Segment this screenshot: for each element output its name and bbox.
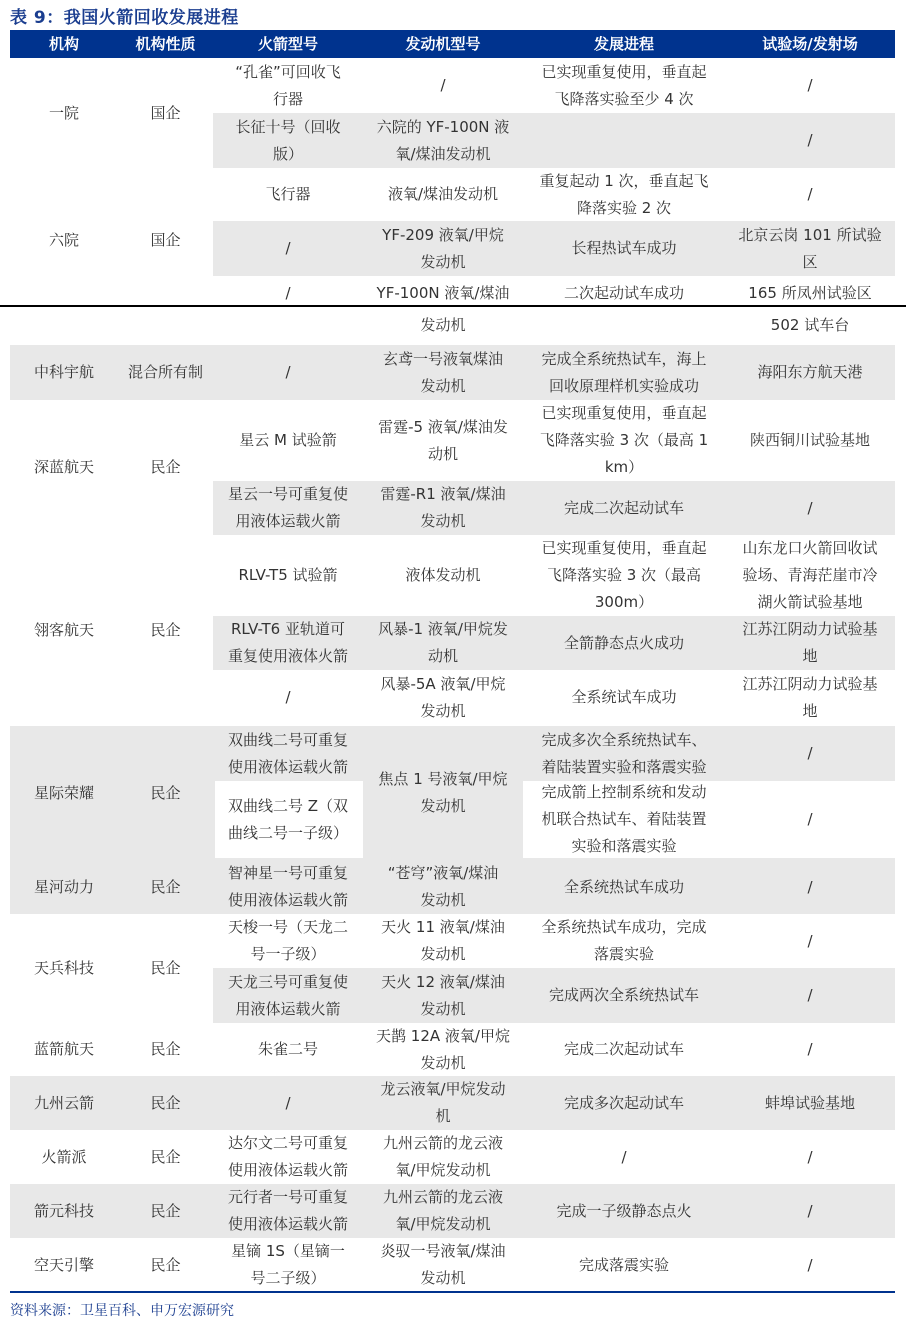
site-cell: / xyxy=(725,781,895,858)
site-cell: 江苏江阴动力试验基地 xyxy=(725,616,895,670)
progress-cell: 完成二次起动试车 xyxy=(523,1023,725,1076)
org-cell: 火箭派 xyxy=(10,1130,118,1184)
engine-cell: 风暴-1 液氧/甲烷发动机 xyxy=(363,616,523,670)
site-cell: / xyxy=(725,58,895,113)
org-cell: 星际荣耀 xyxy=(10,726,118,860)
org-cell: 星河动力 xyxy=(10,860,118,914)
progress-cell: 已实现重复使用，垂直起飞降落实验 3 次（最高300m） xyxy=(523,535,725,616)
rocket-cell: / xyxy=(213,280,363,307)
nature-cell: 民企 xyxy=(118,914,213,1023)
progress-cell: 完成多次全系统热试车、着陆装置实验和落震实验 xyxy=(523,726,725,781)
source-note: 资料来源：卫星百科、申万宏源研究 xyxy=(10,1300,234,1320)
progress-cell: 完成二次起动试车 xyxy=(523,481,725,535)
engine-cell: 风暴-5A 液氧/甲烷发动机 xyxy=(363,670,523,725)
site-cell: / xyxy=(725,481,895,535)
engine-cell: / xyxy=(363,58,523,113)
org-cell: 一院 xyxy=(10,58,118,168)
engine-cell: 九州云箭的龙云液氧/甲烷发动机 xyxy=(363,1130,523,1184)
progress-cell: 完成箭上控制系统和发动机联合热试车、着陆装置实验和落震实验 xyxy=(523,781,725,858)
progress-cell: 长程热试车成功 xyxy=(523,221,725,276)
rocket-cell: / xyxy=(213,221,363,276)
nature-cell: 混合所有制 xyxy=(118,345,213,400)
rocket-cell: 达尔文二号可重复使用液体运载火箭 xyxy=(213,1130,363,1184)
nature-cell: 民企 xyxy=(118,400,213,535)
engine-cell: YF-209 液氧/甲烷发动机 xyxy=(363,221,523,276)
rocket-cell: RLV-T6 亚轨道可重复使用液体火箭 xyxy=(213,616,363,670)
site-cell: 蚌埠试验基地 xyxy=(725,1076,895,1130)
engine-cell: 炎驭一号液氧/煤油发动机 xyxy=(363,1238,523,1292)
rocket-cell: “孔雀”可回收飞行器 xyxy=(213,58,363,113)
engine-cell: 液氧/煤油发动机 xyxy=(363,168,523,221)
rocket-cell: 智神星一号可重复使用液体运载火箭 xyxy=(213,860,363,914)
site-cell: / xyxy=(725,1238,895,1292)
site-cell: / xyxy=(725,113,895,168)
progress-cell: 全箭静态点火成功 xyxy=(523,616,725,670)
progress-cell: 完成落震实验 xyxy=(523,1238,725,1292)
org-cell: 箭元科技 xyxy=(10,1184,118,1238)
rocket-cell: 星镝 1S（星镝一号二子级） xyxy=(213,1238,363,1292)
rocket-cell: 双曲线二号 Z（双曲线二号一子级） xyxy=(213,781,363,858)
nature-cell: 民企 xyxy=(118,860,213,914)
engine-cell: 雷霆-5 液氧/煤油发动机 xyxy=(363,400,523,481)
progress-cell: 完成一子级静态点火 xyxy=(523,1184,725,1238)
table-header: 机构 机构性质 火箭型号 发动机型号 发展进程 试验场/发射场 xyxy=(10,30,895,58)
nature-cell: 民企 xyxy=(118,1076,213,1130)
org-cell: 九州云箭 xyxy=(10,1076,118,1130)
rocket-cell: 双曲线二号可重复使用液体运载火箭 xyxy=(213,726,363,781)
engine-cell: 天鹊 12A 液氧/甲烷发动机 xyxy=(363,1023,523,1076)
rocket-cell: / xyxy=(213,345,363,400)
progress-cell: 完成两次全系统热试车 xyxy=(523,968,725,1023)
engine-cell-cont: 发动机 xyxy=(363,312,523,339)
site-cell: / xyxy=(725,860,895,914)
engine-cell: YF-100N 液氧/煤油 xyxy=(363,280,523,307)
progress-cell: 重复起动 1 次，垂直起飞降落实验 2 次 xyxy=(523,168,725,221)
nature-cell: 国企 xyxy=(118,58,213,168)
engine-cell: 液体发动机 xyxy=(363,535,523,616)
rocket-cell: 天龙三号可重复使用液体运载火箭 xyxy=(213,968,363,1023)
engine-cell: 六院的 YF-100N 液氧/煤油发动机 xyxy=(363,113,523,168)
site-cell: / xyxy=(725,914,895,968)
engine-cell: “苍穹”液氧/煤油发动机 xyxy=(363,860,523,914)
progress-cell: / xyxy=(523,1130,725,1184)
rocket-cell: RLV-T5 试验箭 xyxy=(213,535,363,616)
progress-cell: 全系统热试车成功，完成落震实验 xyxy=(523,914,725,968)
site-cell-cont: 502 试车台 xyxy=(725,312,895,339)
header-rocket: 火箭型号 xyxy=(213,30,363,58)
nature-cell: 民企 xyxy=(118,1023,213,1076)
nature-cell: 民企 xyxy=(118,726,213,860)
rocket-cell: 飞行器 xyxy=(213,168,363,221)
nature-cell: 民企 xyxy=(118,1184,213,1238)
site-cell: 165 所凤州试验区 xyxy=(725,280,895,307)
org-cell: 中科宇航 xyxy=(10,345,118,400)
progress-cell: 全系统试车成功 xyxy=(523,670,725,725)
engine-cell: 九州云箭的龙云液氧/甲烷发动机 xyxy=(363,1184,523,1238)
engine-cell: 焦点 1 号液氧/甲烷发动机 xyxy=(363,726,523,860)
site-cell: / xyxy=(725,726,895,781)
progress-cell: 全系统热试车成功 xyxy=(523,860,725,914)
header-site: 试验场/发射场 xyxy=(725,30,895,58)
progress-cell: 完成全系统热试车，海上回收原理样机实验成功 xyxy=(523,345,725,400)
rocket-cell: 长征十号（回收版） xyxy=(213,113,363,168)
engine-cell: 雷霆-R1 液氧/煤油发动机 xyxy=(363,481,523,535)
progress-cell: 二次起动试车成功 xyxy=(523,280,725,307)
engine-cell: 天火 11 液氧/煤油发动机 xyxy=(363,914,523,968)
engine-cell: 天火 12 液氧/煤油发动机 xyxy=(363,968,523,1023)
site-cell: 江苏江阴动力试验基地 xyxy=(725,670,895,725)
progress-cell: 已实现重复使用，垂直起飞降落实验 3 次（最高 1km） xyxy=(523,400,725,481)
header-engine: 发动机型号 xyxy=(363,30,523,58)
nature-cell: 民企 xyxy=(118,1238,213,1292)
rocket-cell: 天梭一号（天龙二号一子级） xyxy=(213,914,363,968)
rocket-cell: / xyxy=(213,1076,363,1130)
rocket-cell: 星云一号可重复使用液体运载火箭 xyxy=(213,481,363,535)
org-cell: 翎客航天 xyxy=(10,535,118,725)
org-cell: 六院 xyxy=(10,168,118,313)
site-cell: / xyxy=(725,1184,895,1238)
rocket-cell: 星云 M 试验箭 xyxy=(213,400,363,481)
rocket-cell: 元行者一号可重复使用液体运载火箭 xyxy=(213,1184,363,1238)
page-break-line xyxy=(0,305,906,307)
table-bottom-rule xyxy=(10,1291,895,1293)
header-org: 机构 xyxy=(10,30,118,58)
engine-cell: 龙云液氧/甲烷发动机 xyxy=(363,1076,523,1130)
nature-cell: 国企 xyxy=(118,168,213,313)
org-cell: 空天引擎 xyxy=(10,1238,118,1292)
site-cell: 海阳东方航天港 xyxy=(725,345,895,400)
header-nature: 机构性质 xyxy=(118,30,213,58)
site-cell: / xyxy=(725,968,895,1023)
site-cell: / xyxy=(725,1130,895,1184)
org-cell: 天兵科技 xyxy=(10,914,118,1023)
org-cell: 深蓝航天 xyxy=(10,400,118,535)
nature-cell: 民企 xyxy=(118,1130,213,1184)
site-cell: 陕西铜川试验基地 xyxy=(725,400,895,481)
progress-cell: 完成多次起动试车 xyxy=(523,1076,725,1130)
engine-cell: 玄鸢一号液氧煤油发动机 xyxy=(363,345,523,400)
site-cell: 山东龙口火箭回收试验场、青海茫崖市冷湖火箭试验基地 xyxy=(725,535,895,616)
table-title: 表 9：我国火箭回收发展进程 xyxy=(10,3,239,28)
rocket-cell: / xyxy=(213,670,363,725)
org-cell: 蓝箭航天 xyxy=(10,1023,118,1076)
site-cell: / xyxy=(725,1023,895,1076)
header-progress: 发展进程 xyxy=(523,30,725,58)
progress-cell: 已实现重复使用，垂直起飞降落实验至少 4 次 xyxy=(523,58,725,113)
nature-cell: 民企 xyxy=(118,535,213,725)
site-cell: 北京云岗 101 所试验区 xyxy=(725,221,895,276)
rocket-cell: 朱雀二号 xyxy=(213,1023,363,1076)
site-cell: / xyxy=(725,168,895,221)
